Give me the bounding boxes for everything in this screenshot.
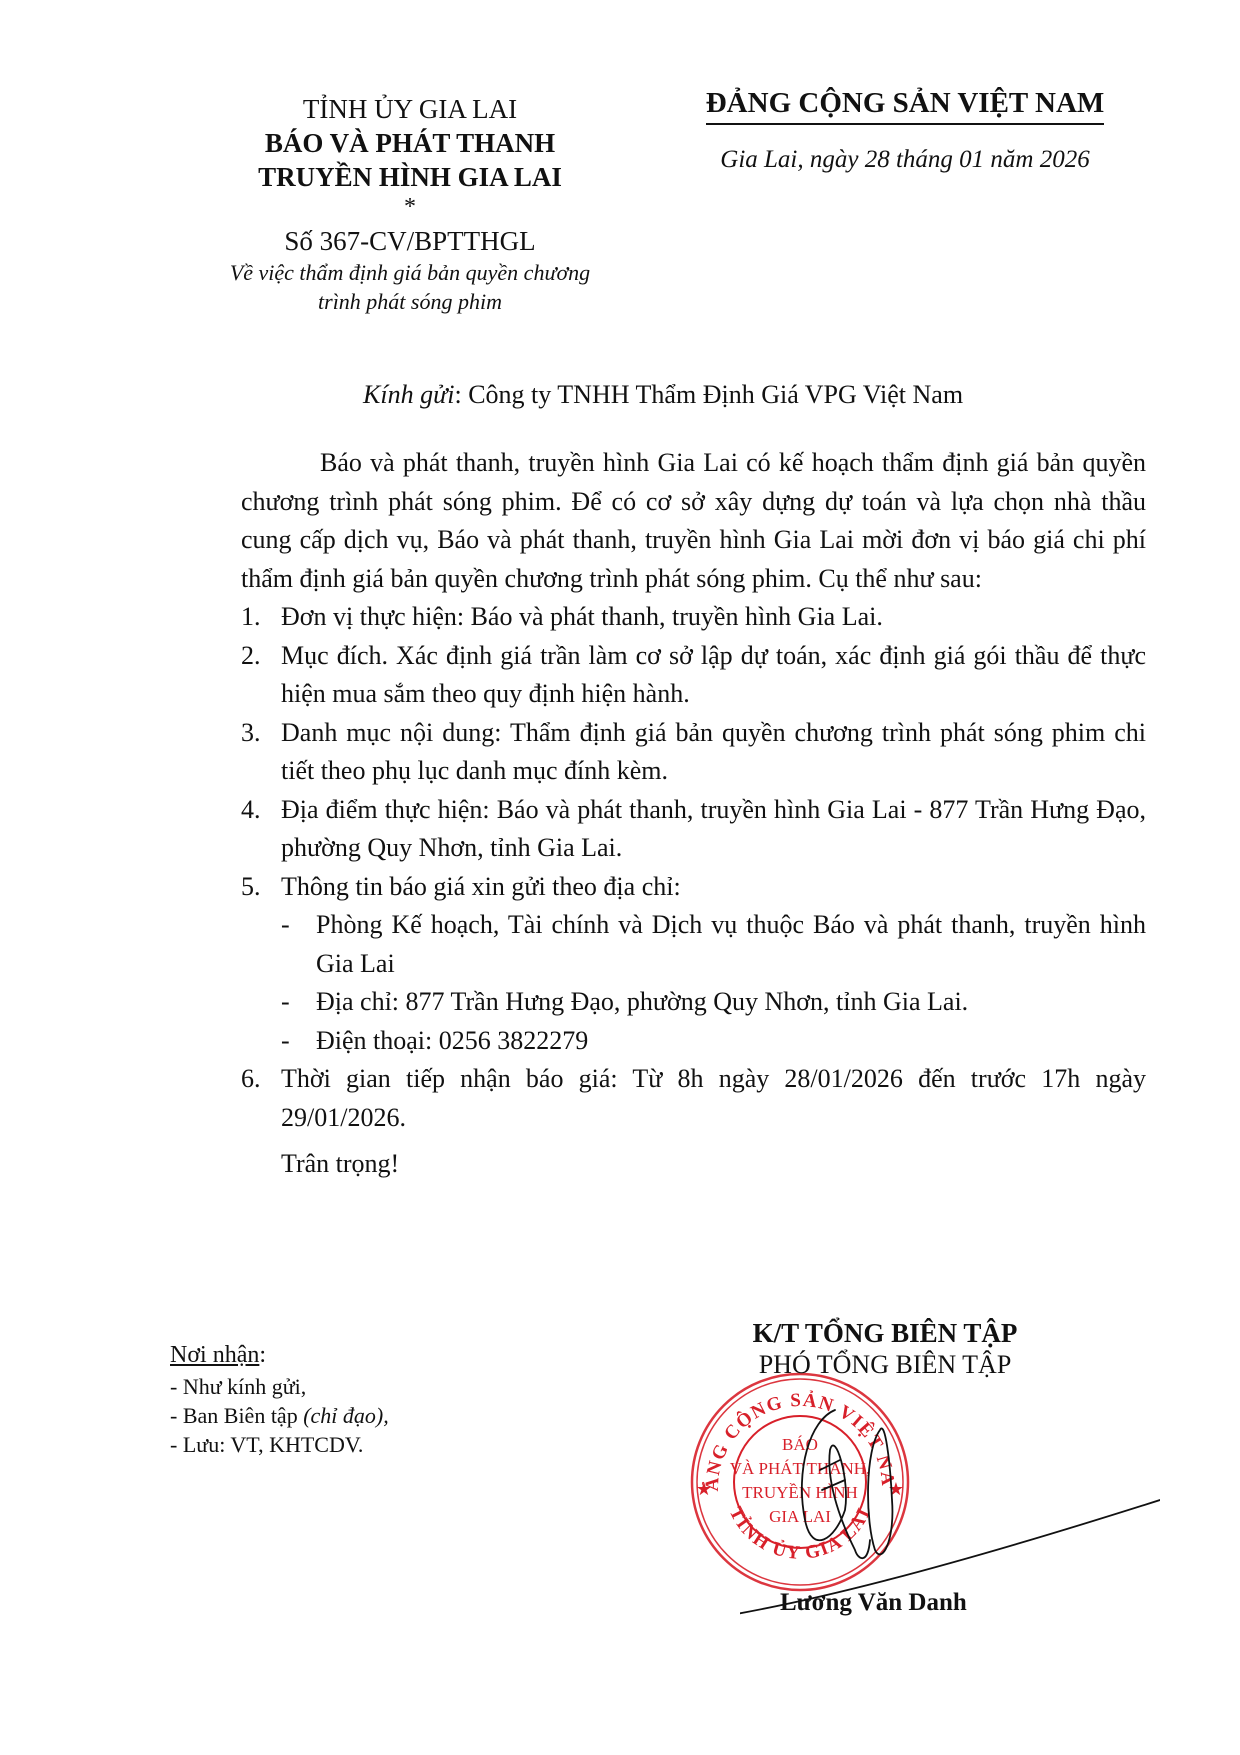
- issuing-agency-block: TỈNH ỦY GIA LAI BÁO VÀ PHÁT THANH TRUYỀN…: [180, 92, 640, 316]
- recipient-entry: - Như kính gửi,: [170, 1372, 389, 1401]
- signature-block: K/T TỔNG BIÊN TẬP PHÓ TỔNG BIÊN TẬP Lươn…: [720, 1317, 1050, 1381]
- item-number: 5.: [241, 868, 281, 907]
- letter-body: Báo và phát thanh, truyền hình Gia Lai c…: [241, 444, 1146, 1184]
- sub-item-text: Địa chỉ: 877 Trần Hưng Đạo, phường Quy N…: [316, 983, 1146, 1022]
- closing-regards: Trân trọng!: [281, 1145, 1146, 1184]
- party-header-block: ĐẢNG CỘNG SẢN VIỆT NAM Gia Lai, ngày 28 …: [680, 84, 1130, 176]
- recipient-line: Kính gửi: Công ty TNHH Thẩm Định Giá VPG…: [363, 378, 963, 412]
- stamp-star-icon: ★: [696, 1479, 712, 1499]
- signing-authority: K/T TỔNG BIÊN TẬP: [720, 1317, 1050, 1349]
- list-item: 2. Mục đích. Xác định giá trần làm cơ sở…: [241, 637, 1146, 714]
- signer-name: Lương Văn Danh: [780, 1587, 967, 1619]
- parent-agency: TỈNH ỦY GIA LAI: [180, 92, 640, 126]
- sub-item: - Phòng Kế hoạch, Tài chính và Dịch vụ t…: [281, 906, 1146, 983]
- item-number: 2.: [241, 637, 281, 714]
- item-text: Đơn vị thực hiện: Báo và phát thanh, tru…: [281, 598, 1146, 637]
- recipient-entry-text: - Lưu: VT, KHTCDV.: [170, 1432, 363, 1457]
- list-item: 5. Thông tin báo giá xin gửi theo địa ch…: [241, 868, 1146, 907]
- recipients-heading-colon: :: [259, 1338, 266, 1372]
- subject-line-1: Về việc thẩm định giá bản quyền chương: [180, 258, 640, 287]
- sub-item-text: Điện thoại: 0256 3822279: [316, 1022, 1146, 1061]
- recipient-label: Kính gửi: [363, 380, 454, 409]
- item-text: Thông tin báo giá xin gửi theo địa chỉ:: [281, 868, 1146, 907]
- intro-paragraph: Báo và phát thanh, truyền hình Gia Lai c…: [241, 444, 1146, 598]
- signer-title: PHÓ TỔNG BIÊN TẬP: [720, 1349, 1050, 1381]
- recipient-entry-text: - Như kính gửi,: [170, 1374, 306, 1399]
- dash-bullet: -: [281, 1022, 316, 1061]
- sub-item-text: Phòng Kế hoạch, Tài chính và Dịch vụ thu…: [316, 906, 1146, 983]
- recipients-heading: Nơi nhận:: [170, 1338, 389, 1372]
- dash-bullet: -: [281, 906, 316, 983]
- recipients-list: Nơi nhận: - Như kính gửi, - Ban Biên tập…: [170, 1338, 389, 1459]
- item-number: 3.: [241, 714, 281, 791]
- list-item: 4. Địa điểm thực hiện: Báo và phát thanh…: [241, 791, 1146, 868]
- item-text: Mục đích. Xác định giá trần làm cơ sở lậ…: [281, 637, 1146, 714]
- document-number: Số 367-CV/BPTTHGL: [180, 224, 640, 258]
- sub-item: - Địa chỉ: 877 Trần Hưng Đạo, phường Quy…: [281, 983, 1146, 1022]
- item-text: Địa điểm thực hiện: Báo và phát thanh, t…: [281, 791, 1146, 868]
- agency-name-line2: TRUYỀN HÌNH GIA LAI: [180, 160, 640, 194]
- sub-item: - Điện thoại: 0256 3822279: [281, 1022, 1146, 1061]
- item-number: 4.: [241, 791, 281, 868]
- list-item: 3. Danh mục nội dung: Thẩm định giá bản …: [241, 714, 1146, 791]
- party-title: ĐẢNG CỘNG SẢN VIỆT NAM: [706, 84, 1105, 125]
- recipient-entry-text: - Ban Biên tập: [170, 1403, 303, 1428]
- separator-star: *: [180, 196, 640, 218]
- place-date: Gia Lai, ngày 28 tháng 01 năm 2026: [680, 144, 1130, 176]
- subject-line-2: trình phát sóng phim: [180, 287, 640, 316]
- recipient-entry: - Ban Biên tập (chỉ đạo),: [170, 1401, 389, 1430]
- dash-bullet: -: [281, 983, 316, 1022]
- agency-name-line1: BÁO VÀ PHÁT THANH: [180, 126, 640, 160]
- item-number: 1.: [241, 598, 281, 637]
- item-text: Thời gian tiếp nhận báo giá: Từ 8h ngày …: [281, 1060, 1146, 1137]
- item-number: 6.: [241, 1060, 281, 1137]
- list-item: 1. Đơn vị thực hiện: Báo và phát thanh, …: [241, 598, 1146, 637]
- recipient-name: : Công ty TNHH Thẩm Định Giá VPG Việt Na…: [454, 380, 963, 409]
- list-item: 6. Thời gian tiếp nhận báo giá: Từ 8h ng…: [241, 1060, 1146, 1137]
- recipients-heading-text: Nơi nhận: [170, 1342, 259, 1368]
- recipient-entry-note: (chỉ đạo),: [303, 1403, 389, 1428]
- recipient-entry: - Lưu: VT, KHTCDV.: [170, 1430, 389, 1459]
- item-text: Danh mục nội dung: Thẩm định giá bản quy…: [281, 714, 1146, 791]
- handwritten-signature: [740, 1390, 1160, 1620]
